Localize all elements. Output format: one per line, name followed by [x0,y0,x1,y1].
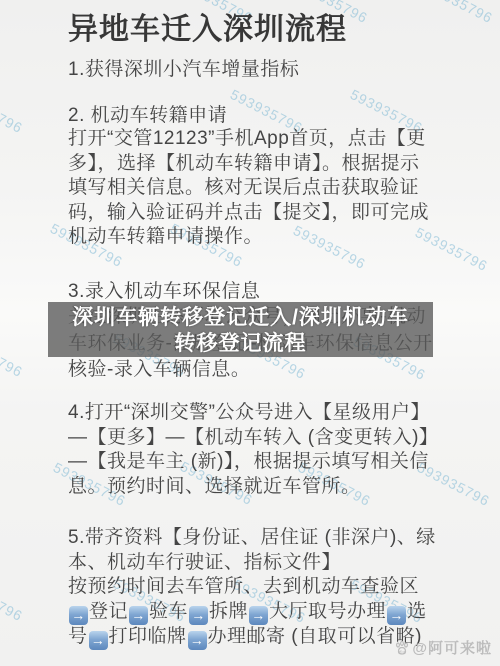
credit-watermark: du @阿可来啦 [394,637,492,658]
watermark-text: 593935796 [0,574,25,624]
baidu-paw-icon: du [394,640,410,656]
step-5-materials: 5.带齐资料【身份证、居住证 (非深户)、绿本、机动车行驶证、指标文件】 [68,526,438,575]
step-2-heading: 2. 机动车转籍申请 [68,100,438,127]
arrow-right-emoji: → [189,606,208,625]
seo-overlay-band: 深圳车辆转移登记迁入/深圳机动车 转移登记流程 [48,302,433,357]
infographic-page: 5939357965939357965939357965939357965939… [0,0,500,666]
arrow-right-emoji: → [188,631,207,650]
arrow-right-emoji: → [249,606,268,625]
watermark-text: 593935796 [0,330,25,380]
overlay-title-line2: 转移登记流程 [48,331,433,357]
step-5-body: 5.带齐资料【身份证、居住证 (非深户)、绿本、机动车行驶证、指标文件】 按预约… [68,526,438,650]
step-1-text: 1.获得深圳小汽车增量指标 [68,54,438,81]
overlay-title-line1: 深圳车辆转移登记迁入/深圳机动车 [48,305,433,331]
watermark-text: 593935796 [0,86,25,136]
step-5-process: 按预约时间去车管所、去到机动车查验区→登记→验车→拆牌→大厅取号办理→选号→打印… [68,575,438,650]
step-4-body: 4.打开“深圳交警”公众号进入【星级用户】—【更多】—【机动车转入 (含变更转入… [68,401,438,499]
arrow-right-emoji: → [89,631,108,650]
step-3-heading: 3.录入机动车环保信息 [68,276,438,303]
svg-text:du: du [399,649,406,654]
credit-handle: @阿可来啦 [412,637,492,658]
arrow-right-emoji: → [69,606,88,625]
step-2-body: 打开“交管12123”手机App首页，点击【更多】，选择【机动车转籍申请】。根据… [68,127,438,250]
arrow-right-emoji: → [387,606,406,625]
page-title: 异地车迁入深圳流程 [68,10,438,50]
arrow-right-emoji: → [129,606,148,625]
